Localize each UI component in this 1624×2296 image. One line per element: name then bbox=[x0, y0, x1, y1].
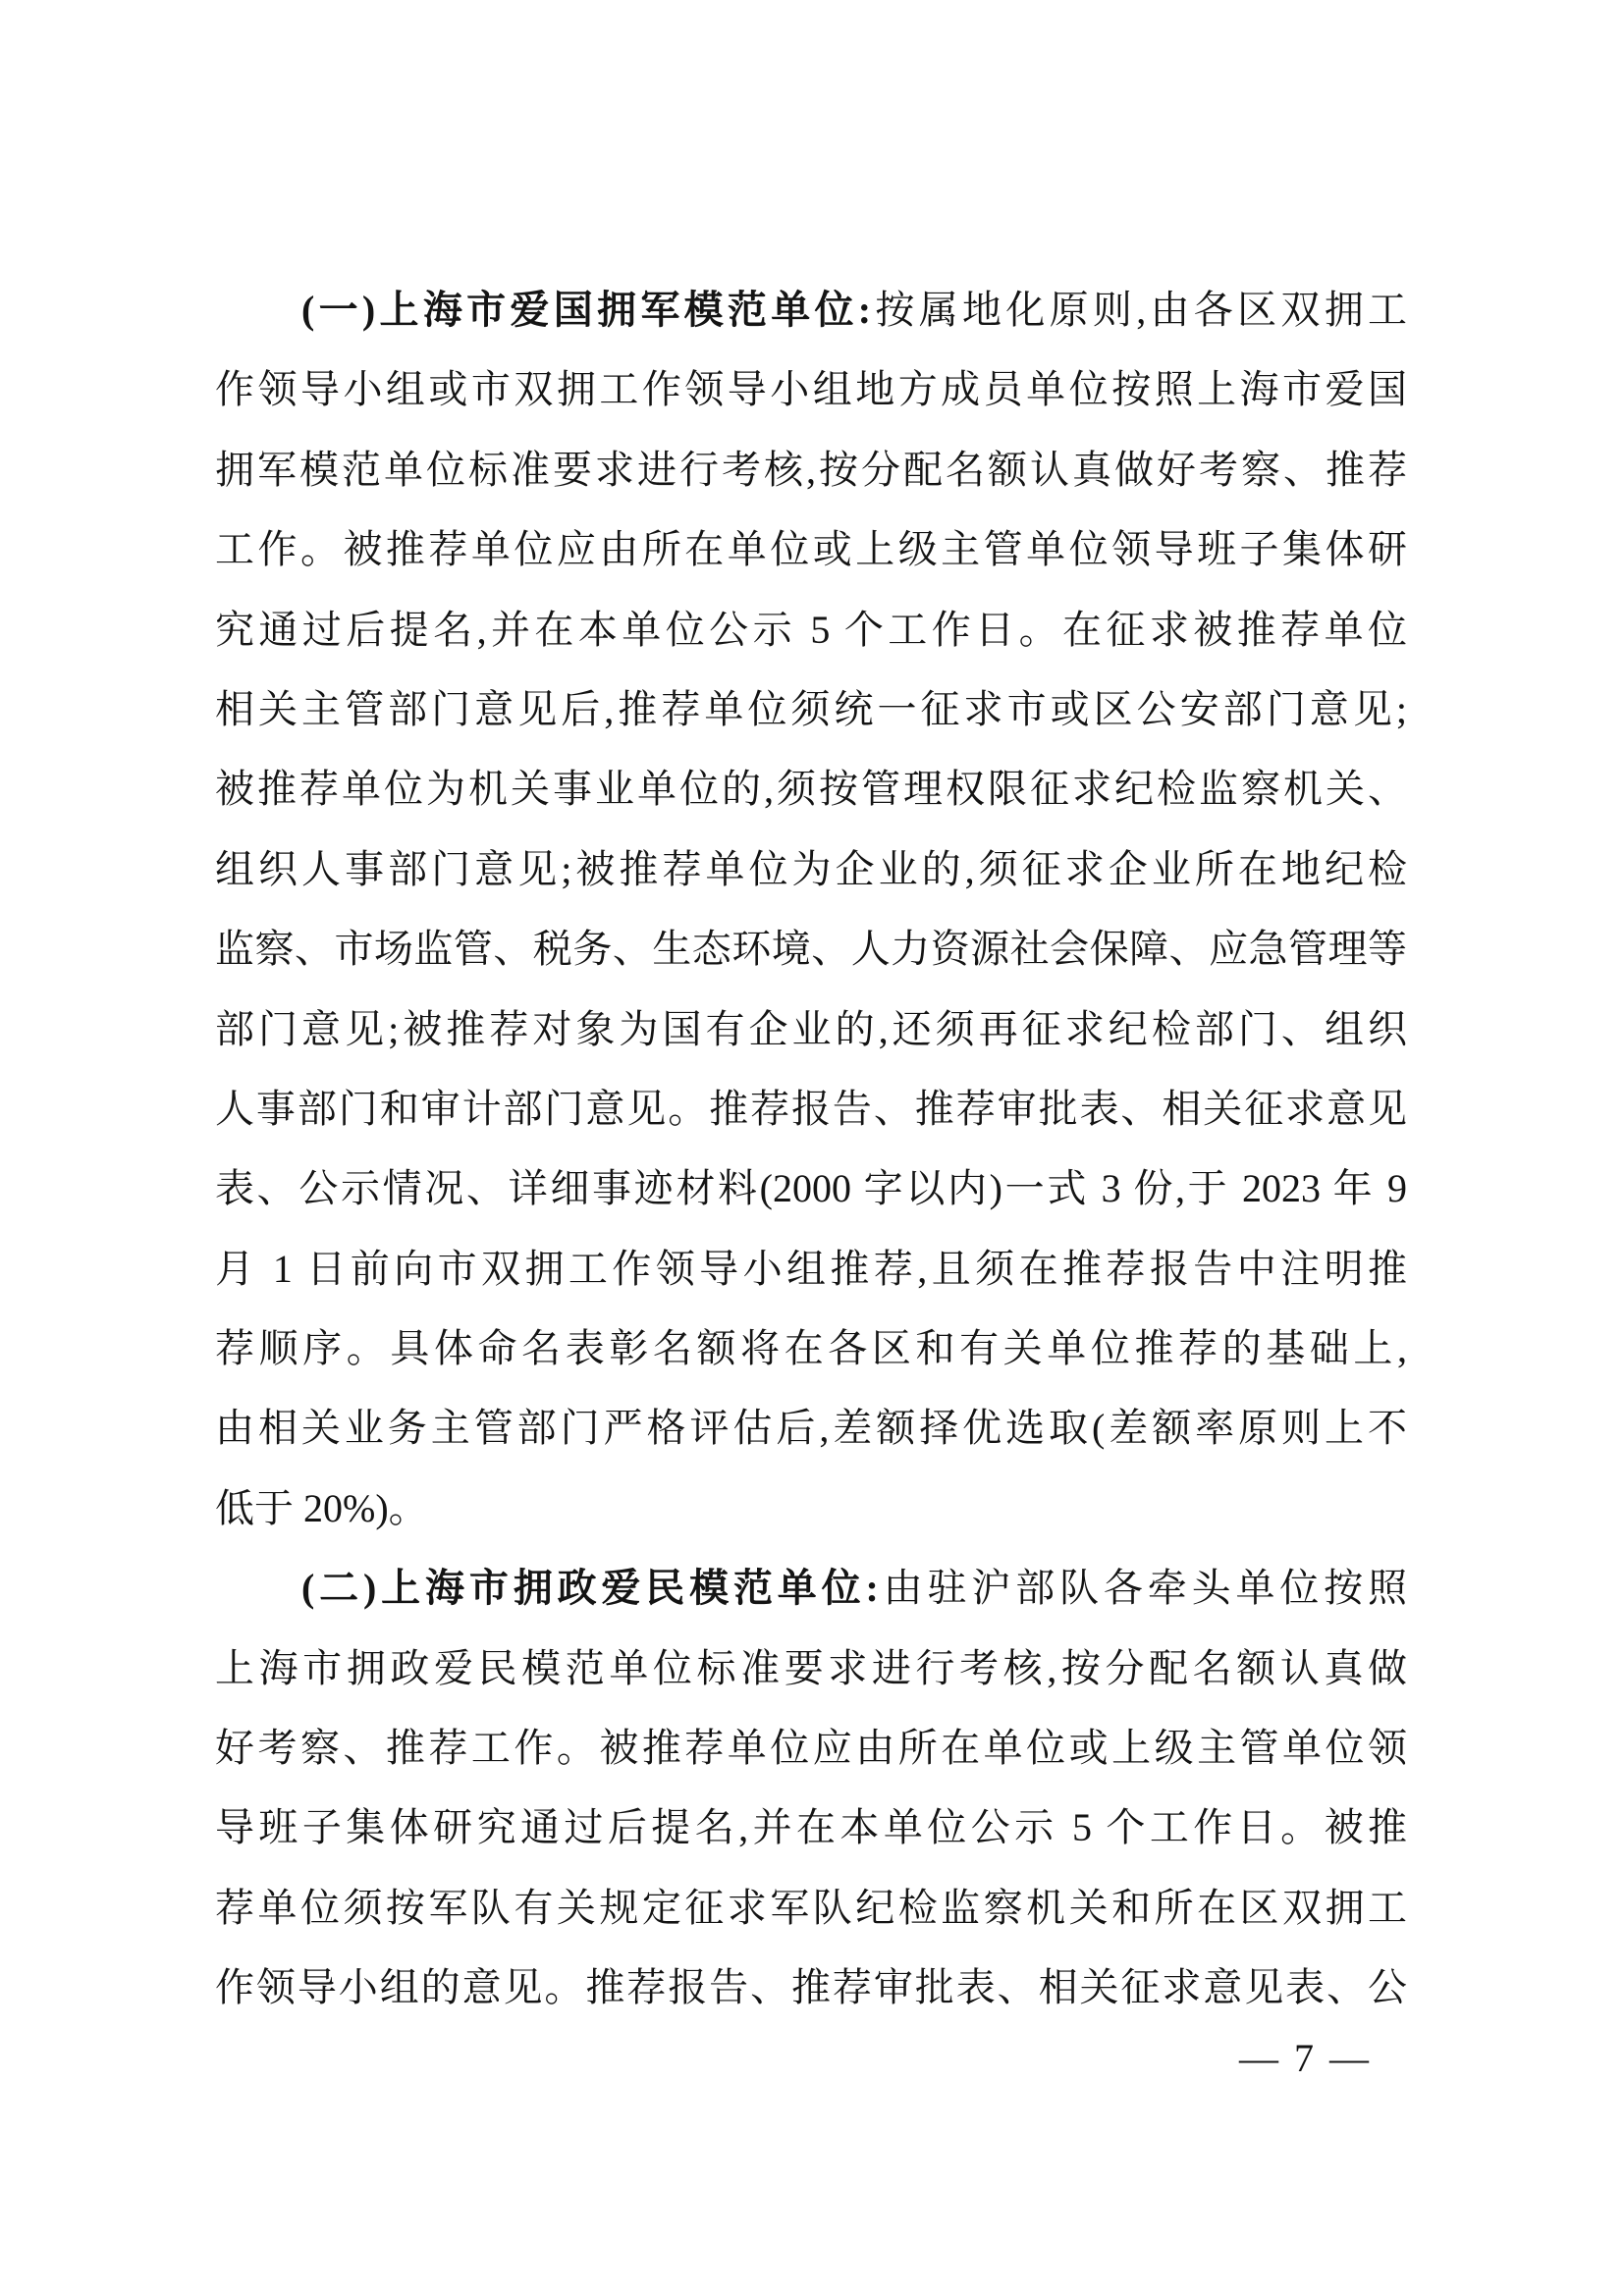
text-line: 作领导小组的意见。推荐报告、推荐审批表、相关征求意见表、公 bbox=[215, 1948, 1407, 2027]
text-line: 低于 20%)。 bbox=[215, 1468, 1407, 1548]
line-text: 导班子集体研究通过后提名,并在本单位公示 5 个工作日。被推 bbox=[215, 1805, 1407, 1849]
section-heading: (一)上海市爱国拥军模范单位: bbox=[301, 288, 871, 332]
text-line: 表、公示情况、详细事迹材料(2000 字以内)一式 3 份,于 2023 年 9 bbox=[215, 1148, 1407, 1228]
line-text: 好考察、推荐工作。被推荐单位应由所在单位或上级主管单位领 bbox=[215, 1726, 1407, 1770]
text-line: 人事部门和审计部门意见。推荐报告、推荐审批表、相关征求意见 bbox=[215, 1069, 1407, 1148]
text-line: 作领导小组或市双拥工作领导小组地方成员单位按照上海市爱国 bbox=[215, 349, 1407, 429]
line-text: 表、公示情况、详细事迹材料(2000 字以内)一式 3 份,于 2023 年 9 bbox=[215, 1166, 1407, 1210]
line-text: 荐单位须按军队有关规定征求军队纪检监察机关和所在区双拥工 bbox=[215, 1886, 1407, 1930]
text-line: 好考察、推荐工作。被推荐单位应由所在单位或上级主管单位领 bbox=[215, 1708, 1407, 1788]
text-line: 拥军模范单位标准要求进行考核,按分配名额认真做好考察、推荐 bbox=[215, 430, 1407, 509]
text-line: 部门意见;被推荐对象为国有企业的,还须再征求纪检部门、组织 bbox=[215, 989, 1407, 1069]
line-text: 拥军模范单位标准要求进行考核,按分配名额认真做好考察、推荐 bbox=[215, 448, 1407, 492]
text-line: 荐顺序。具体命名表彰名额将在各区和有关单位推荐的基础上, bbox=[215, 1308, 1407, 1388]
text-line: 荐单位须按军队有关规定征求军队纪检监察机关和所在区双拥工 bbox=[215, 1868, 1407, 1948]
text-line: 究通过后提名,并在本单位公示 5 个工作日。在征求被推荐单位 bbox=[215, 590, 1407, 669]
document-page: (一)上海市爱国拥军模范单位:按属地化原则,由各区双拥工 作领导小组或市双拥工作… bbox=[0, 0, 1624, 2296]
line-text: 人事部门和审计部门意见。推荐报告、推荐审批表、相关征求意见 bbox=[215, 1087, 1407, 1131]
text-line: 导班子集体研究通过后提名,并在本单位公示 5 个工作日。被推 bbox=[215, 1788, 1407, 1867]
line-text: 低于 20%)。 bbox=[215, 1486, 428, 1530]
line-text: 作领导小组的意见。推荐报告、推荐审批表、相关征求意见表、公 bbox=[215, 1965, 1407, 2009]
line-text: 荐顺序。具体命名表彰名额将在各区和有关单位推荐的基础上, bbox=[215, 1326, 1407, 1370]
document-body: (一)上海市爱国拥军模范单位:按属地化原则,由各区双拥工 作领导小组或市双拥工作… bbox=[215, 270, 1407, 2028]
text-line: 组织人事部门意见;被推荐单位为企业的,须征求企业所在地纪检 bbox=[215, 829, 1407, 909]
text-line: (一)上海市爱国拥军模范单位:按属地化原则,由各区双拥工 bbox=[215, 270, 1407, 349]
text-line: 被推荐单位为机关事业单位的,须按管理权限征求纪检监察机关、 bbox=[215, 749, 1407, 828]
text-line: 相关主管部门意见后,推荐单位须统一征求市或区公安部门意见; bbox=[215, 669, 1407, 749]
line-text: 作领导小组或市双拥工作领导小组地方成员单位按照上海市爱国 bbox=[215, 367, 1407, 411]
text-line: (二)上海市拥政爱民模范单位:由驻沪部队各牵头单位按照 bbox=[215, 1548, 1407, 1628]
line-text: 由驻沪部队各牵头单位按照 bbox=[879, 1566, 1407, 1610]
line-text: 组织人事部门意见;被推荐单位为企业的,须征求企业所在地纪检 bbox=[215, 847, 1407, 891]
section-heading: (二)上海市拥政爱民模范单位: bbox=[301, 1566, 879, 1610]
line-text: 月 1 日前向市双拥工作领导小组推荐,且须在推荐报告中注明推 bbox=[215, 1247, 1407, 1291]
text-line: 由相关业务主管部门严格评估后,差额择优选取(差额率原则上不 bbox=[215, 1388, 1407, 1468]
line-text: 按属地化原则,由各区双拥工 bbox=[871, 288, 1407, 332]
line-text: 究通过后提名,并在本单位公示 5 个工作日。在征求被推荐单位 bbox=[215, 608, 1407, 652]
line-text: 部门意见;被推荐对象为国有企业的,还须再征求纪检部门、组织 bbox=[215, 1007, 1407, 1051]
line-text: 相关主管部门意见后,推荐单位须统一征求市或区公安部门意见; bbox=[215, 687, 1407, 731]
line-text: 被推荐单位为机关事业单位的,须按管理权限征求纪检监察机关、 bbox=[215, 767, 1407, 811]
page-number: — 7 — bbox=[1239, 2036, 1372, 2081]
text-line: 上海市拥政爱民模范单位标准要求进行考核,按分配名额认真做 bbox=[215, 1629, 1407, 1708]
line-text: 工作。被推荐单位应由所在单位或上级主管单位领导班子集体研 bbox=[215, 527, 1407, 571]
text-line: 监察、市场监管、税务、生态环境、人力资源社会保障、应急管理等 bbox=[215, 909, 1407, 988]
text-line: 工作。被推荐单位应由所在单位或上级主管单位领导班子集体研 bbox=[215, 509, 1407, 589]
line-text: 监察、市场监管、税务、生态环境、人力资源社会保障、应急管理等 bbox=[215, 927, 1407, 971]
line-text: 由相关业务主管部门严格评估后,差额择优选取(差额率原则上不 bbox=[215, 1406, 1407, 1450]
line-text: 上海市拥政爱民模范单位标准要求进行考核,按分配名额认真做 bbox=[215, 1646, 1407, 1690]
text-line: 月 1 日前向市双拥工作领导小组推荐,且须在推荐报告中注明推 bbox=[215, 1229, 1407, 1308]
